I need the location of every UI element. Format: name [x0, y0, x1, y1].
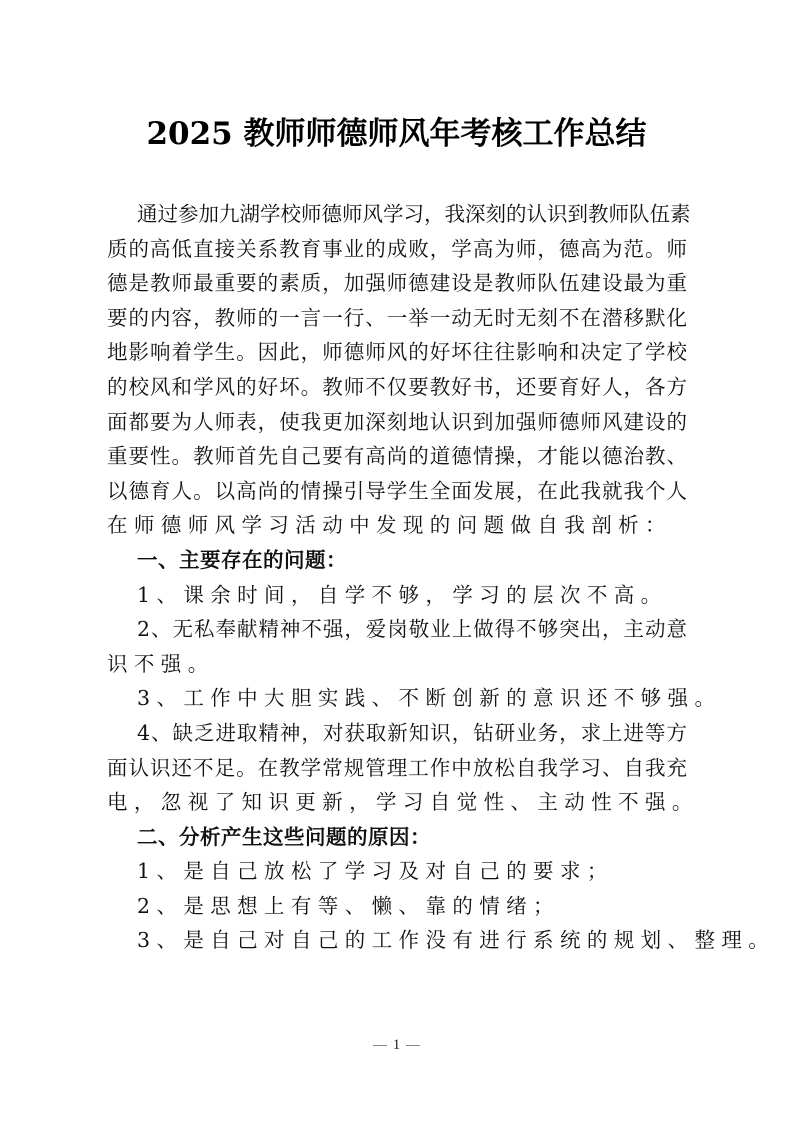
page-footer: 1	[0, 1037, 793, 1054]
list-item-continuation: 电，忽视了知识更新，学习自觉性、主动性不强。	[107, 785, 687, 820]
text-line: 以德育人。以高尚的情操引导学生全面发展，在此我就我个人	[107, 474, 687, 509]
list-item: 2、是思想上有等、懒、靠的情绪；	[107, 889, 687, 924]
dash-decoration	[373, 1045, 387, 1046]
list-item: 2、无私奉献精神不强，爱岗敬业上做得不够突出，主动意	[107, 612, 687, 647]
document-page: 2025 教师师德师风年考核工作总结 通过参加九湖学校师德师风学习，我深刻的认识…	[0, 0, 793, 1122]
document-title: 2025 教师师德师风年考核工作总结	[0, 112, 793, 156]
section-heading: 二、分析产生这些问题的原因：	[107, 820, 687, 855]
list-item: 3、是自己对自己的工作没有进行系统的规划、整理。	[107, 923, 687, 958]
text-line: 德是教师最重要的素质，加强师德建设是教师队伍建设最为重	[107, 266, 687, 301]
list-item: 1、是自己放松了学习及对自己的要求；	[107, 854, 687, 889]
text-line: 要的内容，教师的一言一行、一举一动无时无刻不在潜移默化	[107, 301, 687, 336]
text-line: 地影响着学生。因此，师德师风的好坏往往影响和决定了学校	[107, 335, 687, 370]
text-line: 的校风和学风的好坏。教师不仅要教好书，还要育好人，各方	[107, 370, 687, 405]
text-line: 重要性。教师首先自己要有高尚的道德情操，才能以德治教、	[107, 439, 687, 474]
text-line: 通过参加九湖学校师德师风学习，我深刻的认识到教师队伍素	[107, 197, 687, 232]
list-item-continuation: 面认识还不足。在教学常规管理工作中放松自我学习、自我充	[107, 751, 687, 786]
dash-decoration	[406, 1045, 420, 1046]
text-line: 面都要为人师表，使我更加深刻地认识到加强师德师风建设的	[107, 405, 687, 440]
section-causes: 二、分析产生这些问题的原因： 1、是自己放松了学习及对自己的要求； 2、是思想上…	[107, 820, 687, 958]
list-item: 4、缺乏进取精神，对获取新知识，钻研业务，求上进等方	[107, 716, 687, 751]
text-line: 质的高低直接关系教育事业的成败，学高为师，德高为范。师	[107, 232, 687, 267]
list-item: 3、工作中大胆实践、不断创新的意识还不够强。	[107, 681, 687, 716]
list-item: 1、课余时间，自学不够，学习的层次不高。	[107, 578, 687, 613]
text-line: 在师德师风学习活动中发现的问题做自我剖析：	[107, 508, 687, 543]
section-problems: 一、主要存在的问题： 1、课余时间，自学不够，学习的层次不高。 2、无私奉献精神…	[107, 543, 687, 820]
intro-paragraph: 通过参加九湖学校师德师风学习，我深刻的认识到教师队伍素 质的高低直接关系教育事业…	[107, 197, 687, 543]
section-heading: 一、主要存在的问题：	[107, 543, 687, 578]
list-item-continuation: 识不强。	[107, 647, 687, 682]
document-body: 通过参加九湖学校师德师风学习，我深刻的认识到教师队伍素 质的高低直接关系教育事业…	[107, 197, 687, 958]
page-number: 1	[393, 1037, 401, 1053]
